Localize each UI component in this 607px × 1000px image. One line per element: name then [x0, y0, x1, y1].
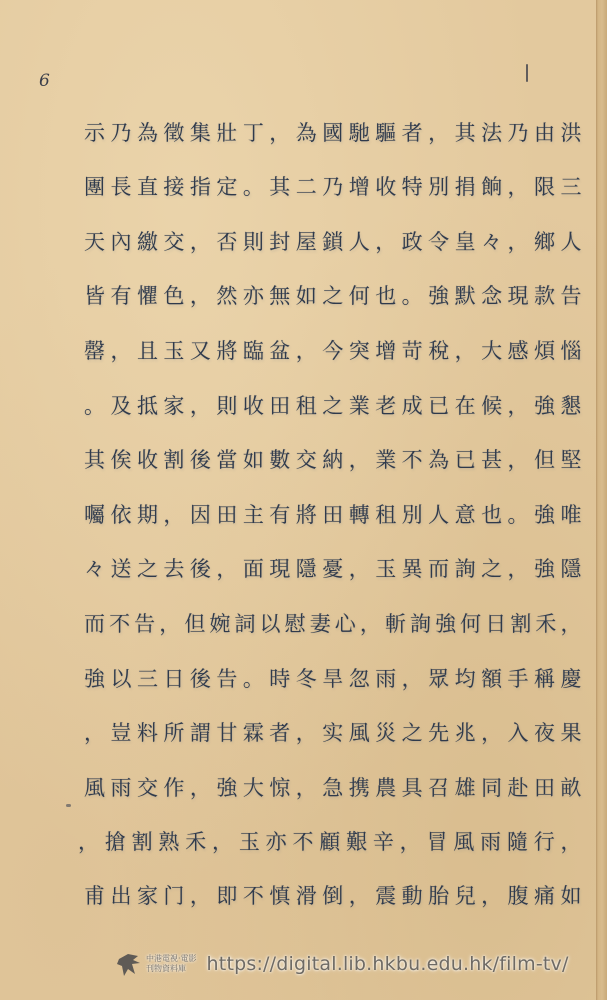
text-line: 々送之去後，面現隱憂，玉異而詢之，強隱	[84, 555, 582, 583]
text-line: 風雨交作，強大惊，急携農具召雄同赴田畝	[84, 774, 582, 802]
text-line: 其俟收割後當如數交納，業不為已甚，但堅	[84, 446, 582, 474]
text-line: 強以三日後告。時冬旱忽雨，眾均額手稱慶	[84, 665, 582, 693]
text-line: 皆有懼色，然亦無如之何也。強默念現款告	[84, 282, 582, 310]
page-binding-edge	[596, 0, 607, 1000]
text-line: ，豈料所謂甘霖者，实風災之先兆，入夜果	[84, 719, 582, 747]
text-line: 團長直接指定。其二乃增收特別捐餉，限三	[84, 173, 582, 201]
margin-mark	[526, 64, 528, 82]
ink-speck	[66, 804, 71, 807]
film-archive-logo-icon	[116, 950, 142, 978]
text-line: 而不告，但婉詞以慰妻心，斬詢強何日割禾，	[84, 610, 582, 638]
archive-watermark: 中港電視‧電影 刊物資料庫 https://digital.lib.hkbu.e…	[116, 946, 569, 982]
text-line: 示乃為徵集壯丁，為國馳驅者，其法乃由洪	[84, 119, 582, 147]
text-line: ，搶割熟禾，玉亦不顧艱辛，冒風雨隨行，	[78, 828, 582, 856]
archive-url: https://digital.lib.hkbu.edu.hk/film-tv/	[207, 953, 569, 975]
brand-line-2: 刊物資料庫	[146, 964, 197, 974]
text-line: 罄，且玉又將臨盆，今突增苛稅，大感煩惱	[84, 337, 582, 365]
text-line: 甫出家门，即不慎滑倒，震動胎兒，腹痛如	[84, 882, 582, 910]
text-line: 。及抵家，則收田租之業老成已在候，強懇	[84, 392, 582, 420]
text-line: 囑依期，因田主有將田轉租別人意也。強唯	[84, 501, 582, 529]
archive-brand: 中港電視‧電影 刊物資料庫	[146, 954, 197, 974]
page-number: 6	[39, 71, 50, 91]
brand-line-1: 中港電視‧電影	[146, 954, 197, 964]
text-line: 天內繳交，否則封屋鎖人，政令皇々，鄉人	[84, 228, 582, 256]
